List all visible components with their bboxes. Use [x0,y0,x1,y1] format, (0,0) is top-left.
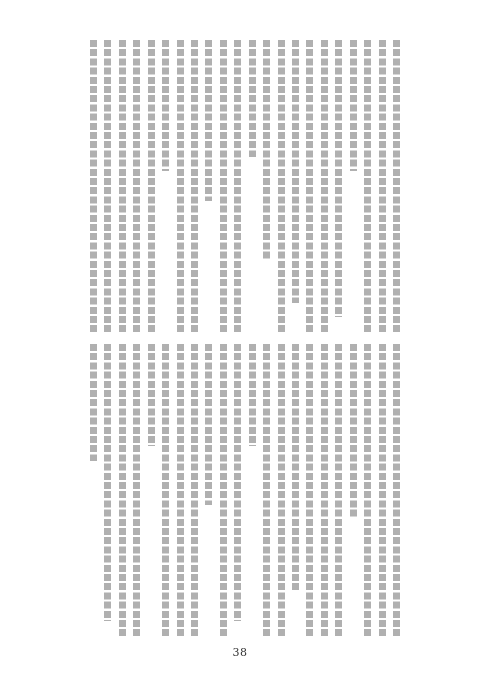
text-column-placeholder [245,344,259,636]
text-column-placeholder [346,344,360,636]
text-column-placeholder [361,40,375,332]
text-column-placeholder [332,344,346,636]
text-column-placeholder [159,40,173,332]
text-column-placeholder [144,344,158,636]
text-column-placeholder [173,344,187,636]
text-column-placeholder [274,344,288,636]
text-column-placeholder [375,40,389,332]
text-column-placeholder [187,344,201,636]
text-column-placeholder [216,40,230,332]
text-column-placeholder [303,344,317,636]
text-column-placeholder [115,344,129,636]
text-column-placeholder [159,344,173,636]
text-block-top [86,40,404,332]
content-omitted-notice: Body text intentionally omitted; columns… [0,0,1,1]
text-column-placeholder [245,40,259,332]
text-block-bottom [86,344,404,636]
text-column-placeholder [346,40,360,332]
text-column-placeholder [173,40,187,332]
text-column-placeholder [260,40,274,332]
text-column-placeholder [86,40,100,332]
text-column-placeholder [390,40,404,332]
text-column-placeholder [317,344,331,636]
text-column-placeholder [101,40,115,332]
text-column-placeholder [390,344,404,636]
text-column-placeholder [144,40,158,332]
page-number: 38 [0,646,480,659]
text-column-placeholder [289,344,303,636]
text-column-placeholder [202,344,216,636]
text-column-placeholder [130,344,144,636]
text-column-placeholder [130,40,144,332]
text-column-placeholder [216,344,230,636]
text-column-placeholder [231,40,245,332]
text-column-placeholder [289,40,303,332]
text-column-placeholder [86,344,100,636]
text-column-placeholder [317,40,331,332]
text-column-placeholder [274,40,288,332]
text-column-placeholder [260,344,274,636]
text-column-placeholder [202,40,216,332]
text-column-placeholder [375,344,389,636]
text-column-placeholder [303,40,317,332]
text-column-placeholder [231,344,245,636]
text-column-placeholder [187,40,201,332]
text-column-placeholder [332,40,346,332]
text-column-placeholder [115,40,129,332]
text-column-placeholder [101,344,115,636]
text-column-placeholder [361,344,375,636]
